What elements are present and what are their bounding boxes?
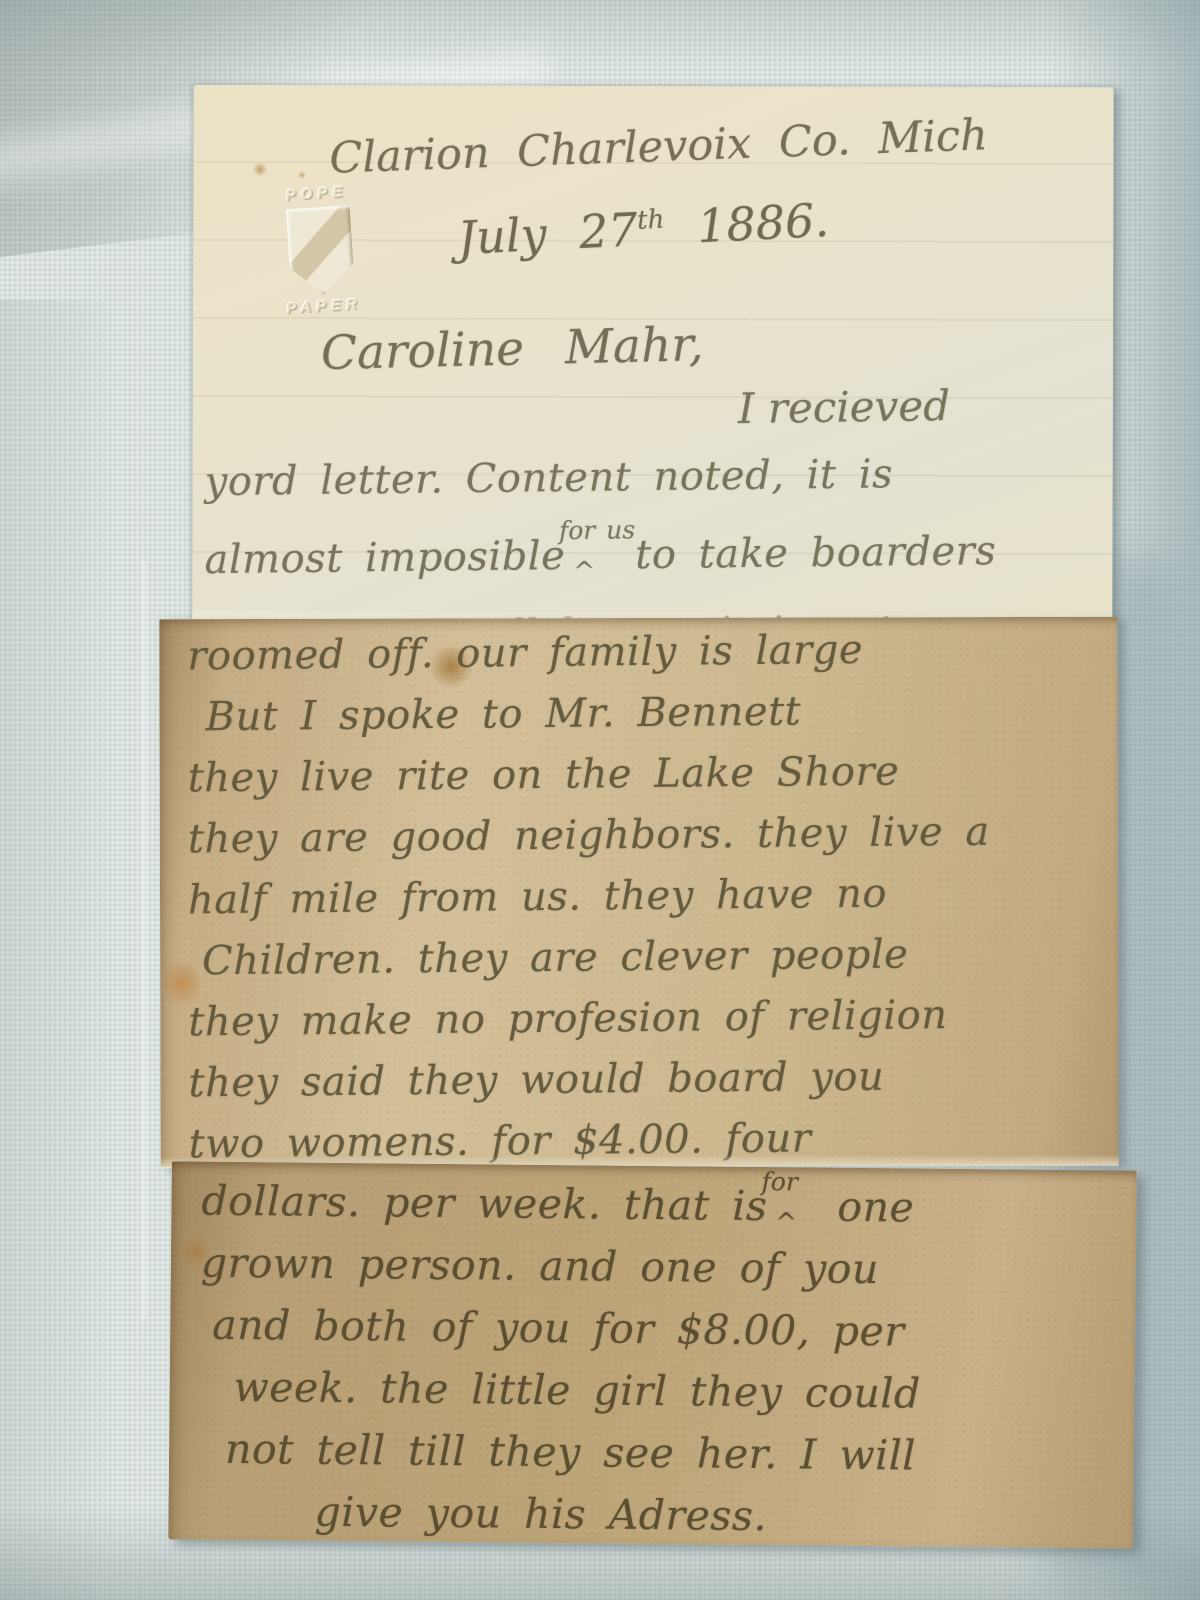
letter-line: week. the little girl they could (199, 1356, 1129, 1427)
letter-line-with-insertion: almost imposiblefor us^to take boarders (204, 511, 1107, 599)
letter-lines-rest: grown person. and one of youand both of … (198, 1232, 1130, 1551)
seal-shield-icon (286, 205, 356, 297)
letter-opening-words: I recieved (738, 381, 951, 433)
photographed-letter: POPE PAPER Clarion Charlevoix Co. Mich J… (0, 0, 1200, 1600)
line-text: one (837, 1183, 914, 1232)
letter-line: yord letter. Content noted, it is (204, 433, 1107, 521)
letter-body-middle: roomed off. our family is largeBut I spo… (187, 621, 1112, 1172)
line-text: dollars. per week. that is (201, 1177, 767, 1230)
interlinear-insertion: for us^ (565, 558, 635, 569)
letter-line: they make no profesion of religion (188, 984, 1113, 1054)
letter-line: they said they would board you (188, 1045, 1113, 1115)
letter-date-line: July 27th 1886. (382, 189, 904, 269)
date-ordinal: th (636, 205, 665, 236)
embossed-stationery-seal: POPE PAPER (260, 182, 382, 341)
caret-mark: ^ (573, 559, 596, 585)
fabric-shade-top (0, 0, 1200, 70)
line-text: to take boarders (635, 528, 996, 578)
letter-line-with-insertion: dollars. per week. that isfor^one (201, 1170, 1131, 1241)
letter-line: and both of you for $8.00, per (200, 1294, 1130, 1365)
line-text: almost imposible (204, 533, 565, 583)
letter-line: Children. they are clever people (188, 923, 1113, 993)
caret-mark: ^ (775, 1210, 798, 1236)
letter-line: give you his Adress. (198, 1480, 1128, 1551)
inserted-words: for (762, 1169, 799, 1194)
letter-salutation: Caroline Mahr, (320, 317, 704, 381)
fabric-shade-left (0, 300, 120, 1600)
interlinear-insertion: for^ (767, 1210, 837, 1221)
letter-line: roomed off. our family is large (187, 618, 1112, 688)
letter-line: But I spoke to Mr. Bennett (187, 679, 1112, 749)
letter-line: half mile from us. they have no (188, 862, 1113, 932)
letter-line: they live rite on the Lake Shore (187, 740, 1112, 810)
letter-panel-middle: roomed off. our family is largeBut I spo… (159, 617, 1118, 1168)
date-day: July 27 (456, 202, 638, 265)
fabric-crease (142, 560, 146, 1320)
letter-place-line: Clarion Charlevoix Co. Mich (253, 108, 1064, 187)
letter-panel-bottom: dollars. per week. that isfor^one grown … (168, 1161, 1137, 1548)
letter-line: not tell till they see her. I will (199, 1418, 1129, 1489)
letter-line: they are good neighbors. they live a (188, 801, 1113, 871)
inserted-words: for us (559, 517, 635, 543)
seal-bottom-text: PAPER (268, 294, 381, 318)
date-year: 1886. (696, 193, 830, 253)
letter-body-bottom: dollars. per week. that isfor^one grown … (198, 1170, 1131, 1551)
letter-line: grown person. and one of you (201, 1232, 1131, 1303)
letter-panel-top: POPE PAPER Clarion Charlevoix Co. Mich J… (192, 85, 1113, 623)
